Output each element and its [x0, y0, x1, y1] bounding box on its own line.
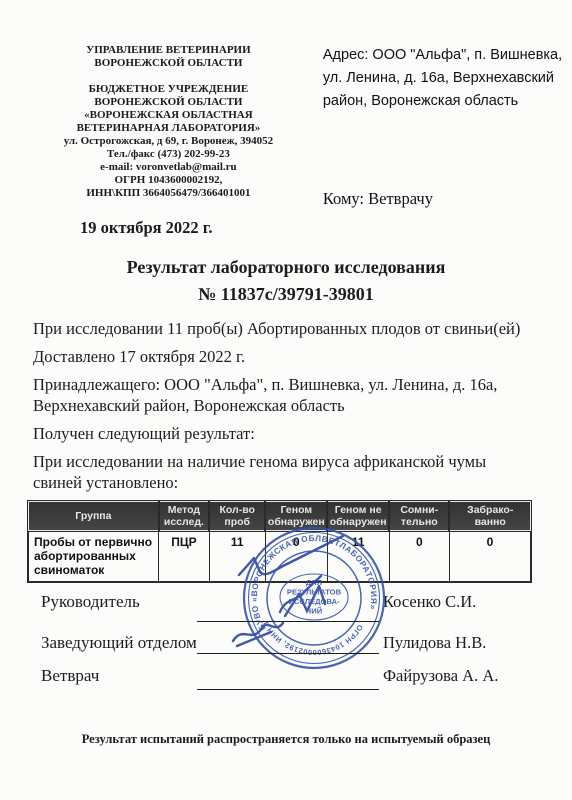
header-rejected: Забрако- ванно	[449, 501, 531, 531]
round-stamp: БУВО «ВОРОНЕЖСКАЯ ОБЛВЕТЛАБОРАТОРИЯ» ОГР…	[225, 515, 415, 685]
stamp-svg: БУВО «ВОРОНЕЖСКАЯ ОБЛВЕТЛАБОРАТОРИЯ» ОГР…	[225, 515, 415, 685]
org-line: ВЕТЕРИНАРНАЯ ЛАБОРАТОРИЯ»	[30, 122, 307, 135]
document-title: Результат лабораторного исследования № 1…	[0, 254, 572, 308]
org-line: «ВОРОНЕЖСКАЯ ОБЛАСТНАЯ	[30, 109, 307, 122]
addressee-block: Адрес: ООО "Альфа", п. Вишневка, ул. Лен…	[323, 44, 572, 212]
org-line: ВОРОНЕЖСКОЙ ОБЛАСТИ	[30, 57, 307, 70]
org-inn-line: ИНН\КПП 3664056479/366401001	[30, 187, 307, 200]
signature-role: Ветврач	[41, 666, 99, 686]
signature-line	[197, 621, 379, 622]
letterhead: УПРАВЛЕНИЕ ВЕТЕРИНАРИИ ВОРОНЕЖСКОЙ ОБЛАС…	[0, 44, 572, 212]
org-line: УПРАВЛЕНИЕ ВЕТЕРИНАРИИ	[30, 44, 307, 57]
footer-note: Результат испытаний распространяется тол…	[0, 732, 572, 747]
org-parent-lines: УПРАВЛЕНИЕ ВЕТЕРИНАРИИ ВОРОНЕЖСКОЙ ОБЛАС…	[30, 44, 307, 70]
body-paragraph: При исследовании на наличие генома вирус…	[33, 451, 539, 493]
body-paragraph: Доставлено 17 октября 2022 г.	[33, 346, 539, 367]
body-paragraph: Получен следующий результат:	[33, 423, 539, 444]
signature-role: Руководитель	[41, 592, 140, 612]
signature-role: Заведующий отделом	[41, 633, 197, 653]
title-line-1: Результат лабораторного исследования	[0, 254, 572, 281]
org-line: ВОРОНЕЖСКОЙ ОБЛАСТИ	[30, 96, 307, 109]
cell-method: ПЦР	[159, 531, 209, 582]
signature-line	[197, 653, 379, 654]
addressee-recipient: Кому: Ветврачу	[323, 187, 572, 210]
signature-line	[197, 689, 379, 690]
cell-rejected: 0	[449, 531, 531, 582]
body-paragraph: При исследовании 11 проб(ы) Абортированн…	[33, 318, 539, 339]
addressee-address: Адрес: ООО "Альфа", п. Вишневка, ул. Лен…	[323, 44, 572, 113]
org-block: УПРАВЛЕНИЕ ВЕТЕРИНАРИИ ВОРОНЕЖСКОЙ ОБЛАС…	[30, 44, 307, 212]
org-address-line: ул. Острогожская, д 69, г. Воронеж, 3940…	[30, 135, 307, 148]
cell-group: Пробы от первично абортированных свинома…	[28, 531, 159, 582]
org-ogrn-line: ОГРН 1043600002192,	[30, 174, 307, 187]
document-page: УПРАВЛЕНИЕ ВЕТЕРИНАРИИ ВОРОНЕЖСКОЙ ОБЛАС…	[0, 0, 572, 800]
org-phone-line: Тел./факс (473) 202-99-23	[30, 148, 307, 161]
body-text: При исследовании 11 проб(ы) Абортированн…	[33, 318, 539, 493]
header-group: Группа	[28, 501, 159, 531]
title-line-2: № 11837с/39791-39801	[0, 281, 572, 308]
org-line: БЮДЖЕТНОЕ УЧРЕЖДЕНИЕ	[30, 83, 307, 96]
org-email-line: e-mail: voronvetlab@mail.ru	[30, 161, 307, 174]
body-paragraph: Принадлежащего: ООО "Альфа", п. Вишневка…	[33, 374, 539, 416]
document-date: 19 октября 2022 г.	[80, 218, 572, 238]
org-main-lines: БЮДЖЕТНОЕ УЧРЕЖДЕНИЕ ВОРОНЕЖСКОЙ ОБЛАСТИ…	[30, 83, 307, 200]
header-method: Метод исслед.	[159, 501, 209, 531]
